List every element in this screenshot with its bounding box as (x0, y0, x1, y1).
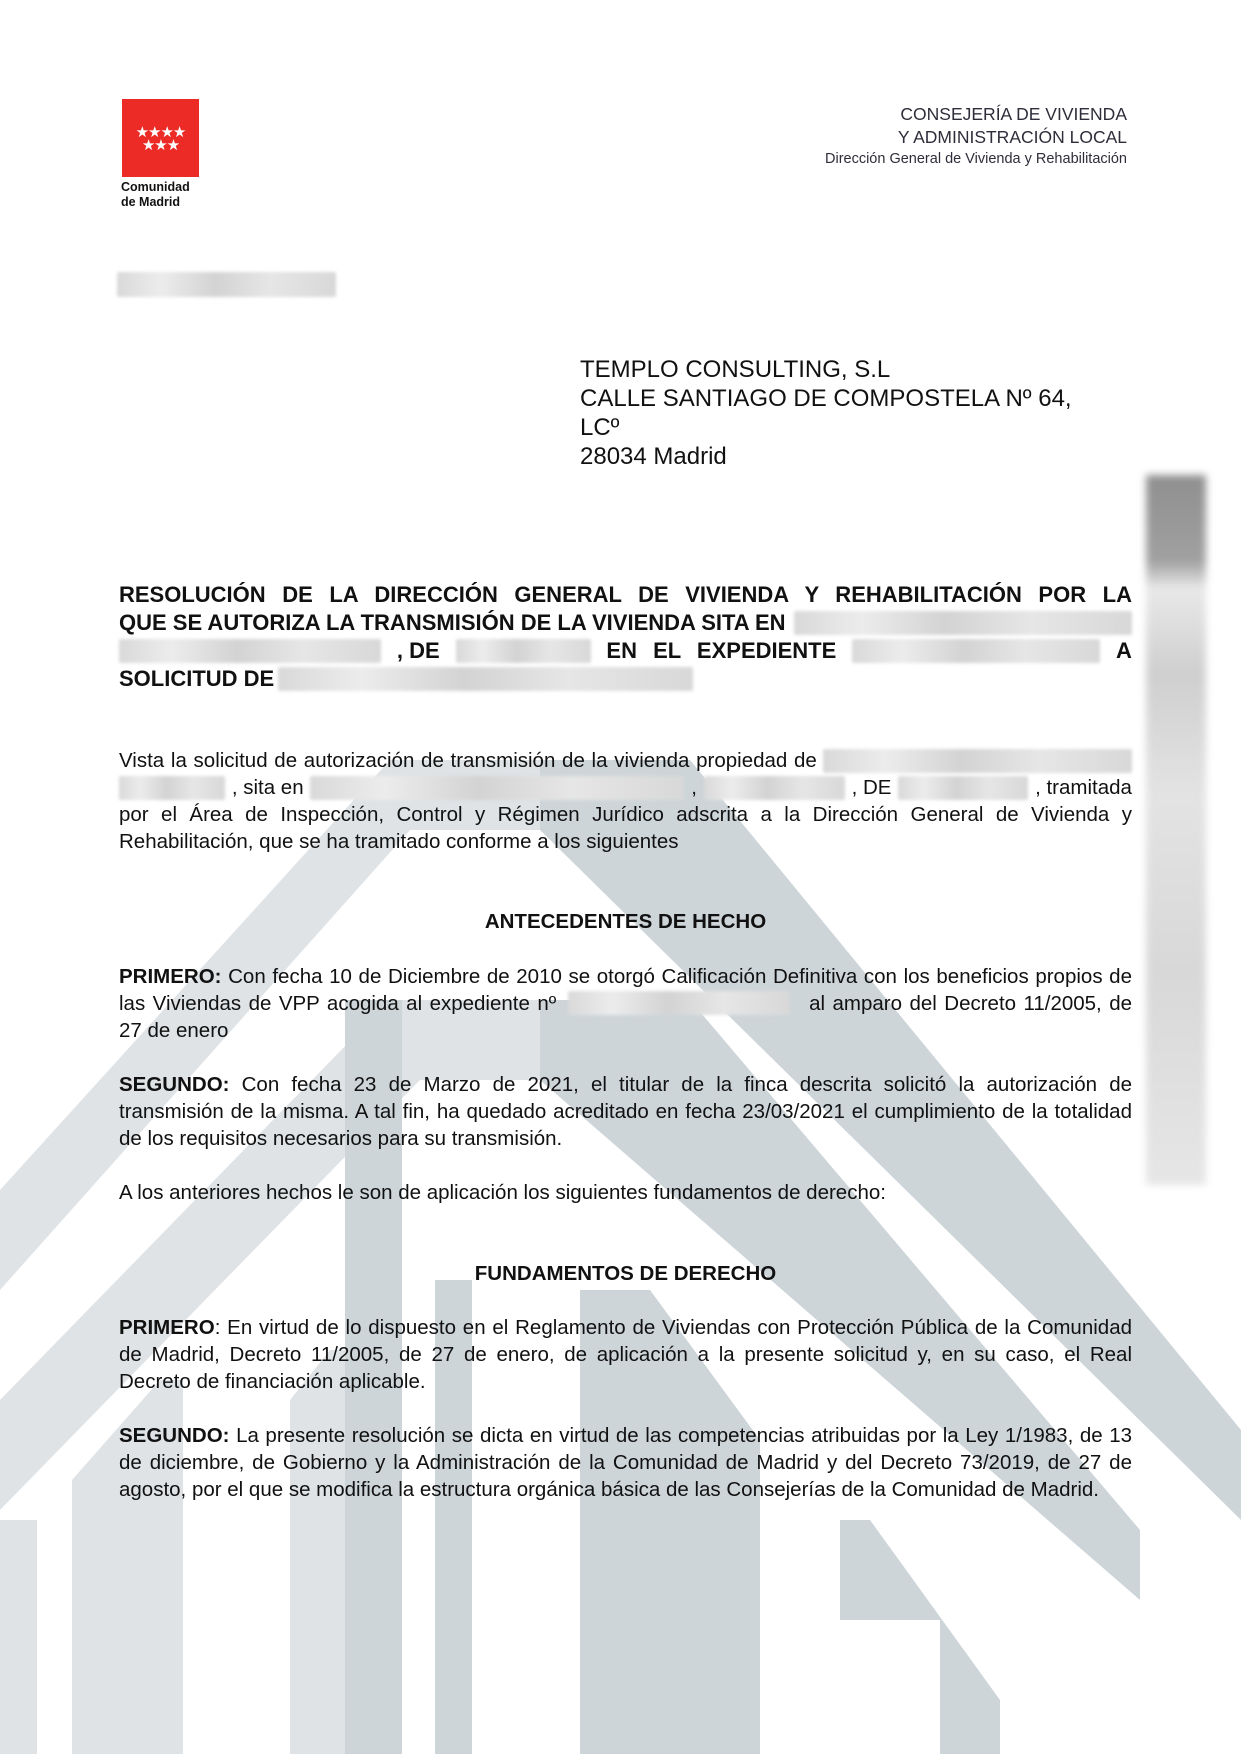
recipient-city: 28034 Madrid (580, 442, 1072, 471)
recipient-unit: LCº (580, 413, 1072, 442)
primero-label: PRIMERO: (119, 965, 222, 988)
title-line2: QUE SE AUTORIZA LA TRANSMISIÓN DE LA VIV… (119, 609, 786, 637)
fundamento-segundo: SEGUNDO: La presente resolución se dicta… (119, 1422, 1132, 1503)
department-line3: Dirección General de Vivienda y Rehabili… (825, 149, 1127, 169)
intro-text: , sita en (232, 774, 304, 801)
logo-caption: Comunidad de Madrid (121, 180, 190, 210)
redacted-address (310, 776, 684, 800)
issuing-department: CONSEJERÍA DE VIVIENDA Y ADMINISTRACIÓN … (825, 103, 1127, 169)
logo-caption-line1: Comunidad (121, 180, 190, 195)
primero-text: : En virtud de lo dispuesto en el Reglam… (119, 1316, 1132, 1393)
segundo-text: Con fecha 23 de Marzo de 2021, el titula… (119, 1073, 1132, 1150)
antecedentes-closing: A los anteriores hechos le son de aplica… (119, 1179, 1132, 1206)
comunidad-madrid-logo: ★★★★ ★★★ (122, 99, 199, 177)
segundo-label: SEGUNDO: (119, 1424, 229, 1447)
resolution-title: RESOLUCIÓN DE LA DIRECCIÓN GENERAL DE VI… (119, 581, 1132, 693)
recipient-name: TEMPLO CONSULTING, S.L (580, 355, 1072, 384)
antecedente-primero: PRIMERO: Con fecha 10 de Diciembre de 20… (119, 963, 1132, 1044)
intro-paragraph: Vista la solicitud de autorización de tr… (119, 747, 1132, 855)
title-text: A (1116, 637, 1132, 665)
title-text: , DE (397, 637, 440, 665)
title-line1: RESOLUCIÓN DE LA DIRECCIÓN GENERAL DE VI… (119, 581, 1132, 609)
redacted-reference (117, 272, 336, 297)
fundamento-primero: PRIMERO: En virtud de lo dispuesto en el… (119, 1314, 1132, 1395)
redacted-address (794, 611, 1132, 635)
redacted-location (704, 776, 845, 800)
department-line2: Y ADMINISTRACIÓN LOCAL (825, 126, 1127, 149)
antecedente-segundo: SEGUNDO: Con fecha 23 de Marzo de 2021, … (119, 1071, 1132, 1152)
intro-text: , (691, 774, 697, 801)
logo-caption-line2: de Madrid (121, 195, 190, 210)
title-line4: SOLICITUD DE (119, 665, 274, 693)
redacted-municipality (898, 776, 1028, 800)
title-text: EN EL EXPEDIENTE (606, 637, 836, 665)
segundo-text: La presente resolución se dicta en virtu… (119, 1424, 1132, 1501)
redacted-owner (119, 776, 225, 800)
recipient-address: TEMPLO CONSULTING, S.L CALLE SANTIAGO DE… (580, 355, 1072, 471)
recipient-street: CALLE SANTIAGO DE COMPOSTELA Nº 64, (580, 384, 1072, 413)
intro-text: , DE (852, 774, 892, 801)
redacted-address (119, 639, 381, 663)
department-line1: CONSEJERÍA DE VIVIENDA (825, 103, 1127, 126)
fundamentos-heading: FUNDAMENTOS DE DERECHO (119, 1262, 1132, 1286)
intro-text: por el Área de Inspección, Control y Rég… (119, 801, 1132, 855)
redacted-file-number (568, 991, 790, 1015)
intro-text: , tramitada (1035, 774, 1132, 801)
redacted-municipality (456, 639, 591, 663)
segundo-label: SEGUNDO: (119, 1073, 229, 1096)
redacted-file-number (852, 639, 1100, 663)
stars-icon: ★★★ (122, 139, 199, 152)
redacted-side-strip (1146, 475, 1206, 1185)
primero-label: PRIMERO (119, 1316, 215, 1339)
redacted-applicant (278, 667, 693, 691)
redacted-owner (823, 749, 1132, 773)
antecedentes-heading: ANTECEDENTES DE HECHO (119, 910, 1132, 934)
intro-text: Vista la solicitud de autorización de tr… (119, 747, 817, 774)
